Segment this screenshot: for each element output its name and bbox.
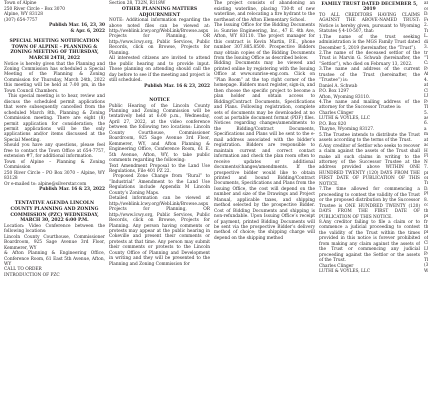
column-2: the Harmony Creek Subd. NE¼NW¼ of Sectio…: [109, 0, 210, 400]
notice-paragraph: 8.Any creditor failing to file a claim o…: [319, 220, 420, 264]
notice-paragraph: The Issuing Office for the Bidding Docum…: [214, 23, 315, 61]
spacer: [109, 89, 210, 98]
notice-paragraph: This special meeting is to hear, review …: [4, 94, 105, 143]
notice-paragraph: Text Amendment Proposal to the Land Use …: [109, 164, 210, 175]
notice-paragraph: LUTHI & VOYLES, LLC: [319, 269, 420, 274]
notice-paragraph: Notice is hereby given that the Planning…: [4, 62, 105, 95]
notice-heading: (TRUST ADMINISTRATION) MGS FAMILY TRUST …: [319, 0, 420, 13]
notice-heading: OTHER PLANNING MATTERS ADJOURNMENT: [109, 7, 210, 18]
column-1: Contact information:Town of Alpine250 Ri…: [4, 0, 105, 400]
notice-paragraph: (307) 883-7887: [424, 263, 428, 268]
notice-paragraph: March 18, 1997 (hereinafter, the “Trust”…: [424, 0, 428, 23]
notice-paragraph: Bidding Documents may be viewed and prin…: [214, 61, 315, 241]
notice-paragraph: 2.The name of the deceased settlor of th…: [319, 51, 420, 67]
notice-paragraph: Wyoming Bar No. 7-5057: [424, 269, 428, 274]
notice-paragraph: Lincoln County Courthouse, Commissioner …: [4, 235, 105, 251]
column-3: received will be promptly opened and rea…: [214, 0, 315, 400]
notice-paragraph: 8.Any creditor failing to file a claim o…: [424, 198, 428, 242]
notice-paragraph: Town of Alpine – Planning & Zoning Commi…: [4, 160, 105, 171]
notice-paragraph: INTRODUCTION OF PZC: [4, 273, 105, 278]
notice-paragraph: 7.The time allowed for commencing a proc…: [424, 165, 428, 198]
notice-paragraph: Should you have any questions, please fe…: [4, 143, 105, 159]
notice-paragraph: NOTE: Additional information regarding t…: [109, 18, 210, 56]
notice-paragraph: LUTHI & VOYLES, LLC: [424, 94, 428, 99]
notice-paragraph: All interested citizens are invited to a…: [109, 56, 210, 83]
column-5: March 18, 1997 (hereinafter, the “Trust”…: [424, 0, 428, 400]
notice-paragraph: Public Hearing of the Lincoln County Pla…: [109, 104, 210, 164]
notice-heading: TENTATIVE AGENDA LINCOLN COUNTY PLANNING…: [4, 201, 105, 223]
notice-paragraph: Thayne, Wyoming 83127.: [424, 105, 428, 110]
notice-heading: SPECIAL MEETING NOTIFICATION TOWN OF ALP…: [4, 39, 105, 61]
notice-paragraph: Proposed Zone Change from “Rural” to “In…: [109, 174, 210, 196]
notice-paragraph: 2.The name of the deceased settlor of th…: [424, 23, 428, 45]
notice-paragraph: Afton, Wyoming 83110.: [424, 72, 428, 77]
newspaper-legal-notices-page: Contact information:Town of Alpine250 Ri…: [0, 0, 428, 400]
notice-paragraph: Location: Video Conference between the f…: [4, 224, 105, 235]
notice-paragraph: 4.The name and mailing address of the at…: [319, 100, 420, 111]
notice-paragraph: 7.The time allowed for commencing a proc…: [319, 187, 420, 220]
notice-paragraph: 4.The name and mailing address of the at…: [424, 78, 428, 89]
column-4: (TRUST ADMINISTRATION) MGS FAMILY TRUST …: [319, 0, 420, 400]
notice-paragraph: The project consists of abandoning an ex…: [214, 1, 315, 23]
notice-paragraph: 1.The name of the trust seeking administ…: [319, 35, 420, 51]
notice-paragraph: Detailed information can be viewed at ht…: [109, 196, 210, 267]
notice-paragraph: TO ALL CREDITORS HAVING CLAIMS AGAINST T…: [319, 13, 420, 35]
notice-paragraph: 6.Any creditor of Settlor who seeks to r…: [424, 121, 428, 165]
notice-paragraph: 3.The name and address of the current tr…: [424, 45, 428, 61]
notice-paragraph: & Afton Planning & Engineering Office, C…: [4, 251, 105, 267]
notice-paragraph: the Harmony Creek Subd. NE¼NW¼ of Sectio…: [109, 0, 210, 7]
notice-paragraph: P.O. Box 820: [424, 252, 428, 257]
notice-paragraph: 6.Any creditor of Settlor who seeks to r…: [319, 144, 420, 188]
notice-paragraph: 5.The Trustee intends to distribute the …: [319, 133, 420, 144]
notice-paragraph: 5.The Trustee intends to distribute the …: [424, 111, 428, 122]
notice-paragraph: 250 River Circle – PO Box 3070 – Alpine,…: [4, 171, 105, 182]
notice-paragraph: 3.The name and address of the current tr…: [319, 67, 420, 83]
